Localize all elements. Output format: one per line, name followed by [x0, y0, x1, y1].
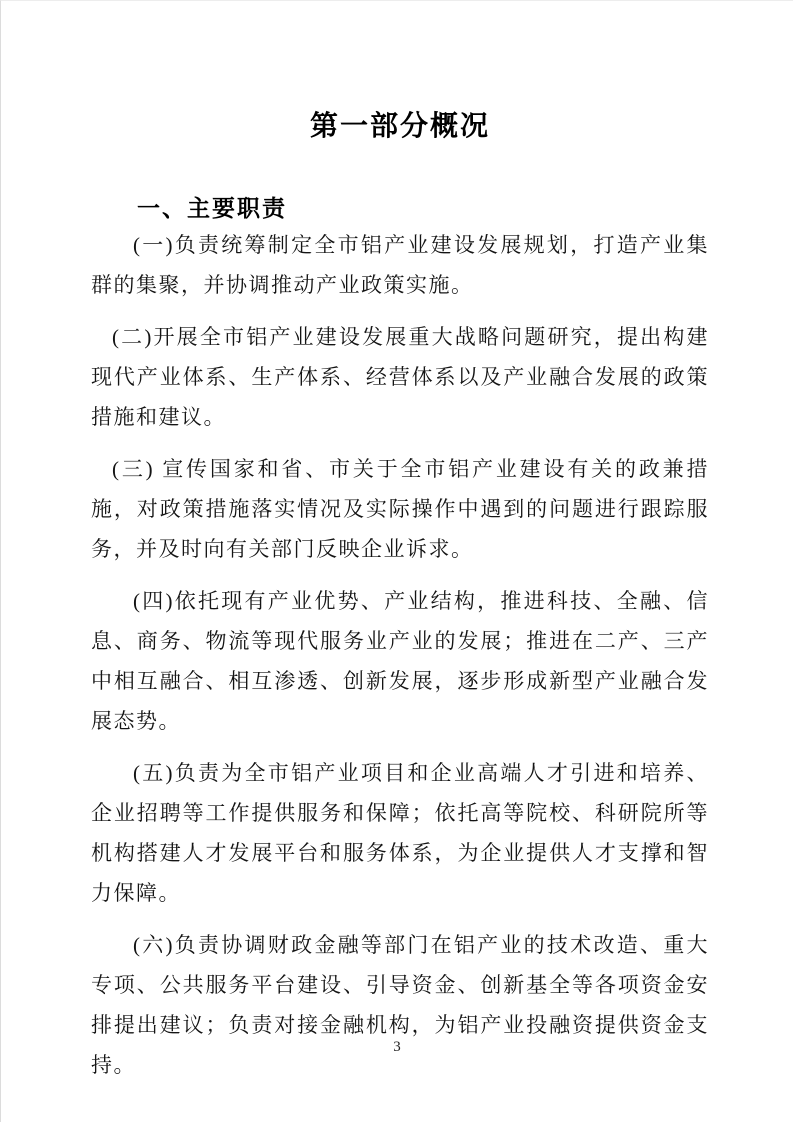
document-title: 第一部分概况	[91, 105, 709, 147]
paragraph-3: (三) 宣传国家和省、市关于全市铝产业建设有关的政兼措施，对政策措施落实情况及实…	[91, 449, 709, 569]
paragraph-5: (五)负责为全市铝产业项目和企业高端人才引进和培养、企业招聘等工作提供服务和保障…	[91, 753, 709, 913]
section-heading: 一、主要职责	[137, 193, 709, 223]
paragraph-2: (二)开展全市铝产业建设发展重大战略问题研究，提出构建现代产业体系、生产体系、经…	[91, 317, 709, 437]
page-content: 第一部分概况 一、主要职责 (一)负责统筹制定全市铝产业建设发展规划，打造产业集…	[91, 1, 709, 1097]
paragraph-1: (一)负责统筹制定全市铝产业建设发展规划，打造产业集群的集聚，并协调推动产业政策…	[91, 225, 709, 305]
document-page: 第一部分概况 一、主要职责 (一)负责统筹制定全市铝产业建设发展规划，打造产业集…	[0, 0, 793, 1122]
paragraph-4: (四)依托现有产业优势、产业结构，推进科技、全融、信息、商务、物流等现代服务业产…	[91, 581, 709, 741]
page-number: 3	[1, 1037, 793, 1057]
paragraph-6: (六)负责协调财政金融等部门在铝产业的技术改造、重大专项、公共服务平台建设、引导…	[91, 925, 709, 1085]
paragraph-list: (一)负责统筹制定全市铝产业建设发展规划，打造产业集群的集聚，并协调推动产业政策…	[91, 225, 709, 1085]
